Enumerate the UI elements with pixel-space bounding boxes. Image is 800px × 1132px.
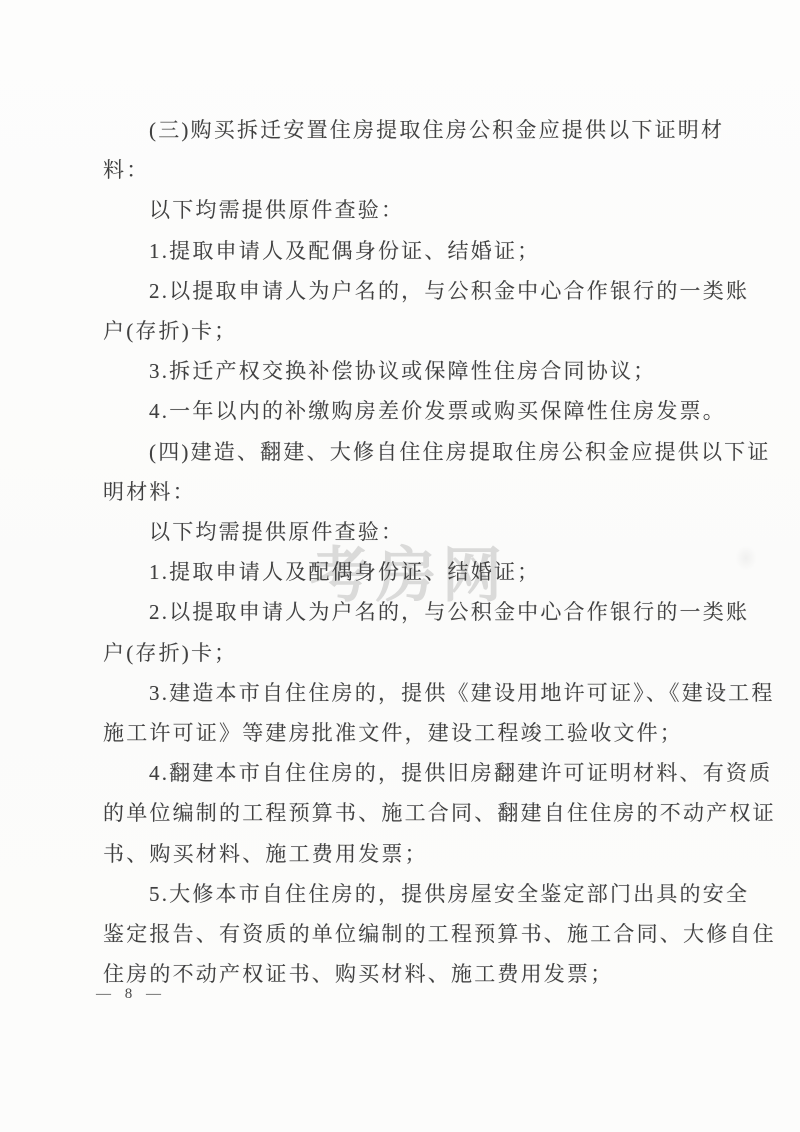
document-page: 考房网 (三)购买拆迁安置住房提取住房公积金应提供以下证明材料：以下均需提供原件…	[0, 0, 800, 1132]
document-body: (三)购买拆迁安置住房提取住房公积金应提供以下证明材料：以下均需提供原件查验：1…	[103, 110, 743, 994]
text-line: 3.建造本市自住住房的，提供《建设用地许可证》、《建设工程	[103, 673, 743, 713]
text-line: 以下均需提供原件查验：	[103, 190, 743, 230]
page-number: — 8 —	[96, 986, 166, 1003]
text-line: 住房的不动产权证书、购买材料、施工费用发票；	[103, 954, 743, 994]
text-line: 4.翻建本市自住住房的，提供旧房翻建许可证明材料、有资质	[103, 753, 743, 793]
text-line: 1.提取申请人及配偶身份证、结婚证；	[103, 552, 743, 592]
text-line: 1.提取申请人及配偶身份证、结婚证；	[103, 231, 743, 271]
text-line: 户(存折)卡；	[103, 311, 743, 351]
text-line: 书、购买材料、施工费用发票；	[103, 834, 743, 874]
text-line: 施工许可证》等建房批准文件，建设工程竣工验收文件；	[103, 713, 743, 753]
text-line: 的单位编制的工程预算书、施工合同、翻建自住住房的不动产权证	[103, 793, 743, 833]
text-line: 3.拆迁产权交换补偿协议或保障性住房合同协议；	[103, 351, 743, 391]
text-line: 户(存折)卡；	[103, 633, 743, 673]
text-line: 鉴定报告、有资质的单位编制的工程预算书、施工合同、大修自住	[103, 914, 743, 954]
text-line: 2.以提取申请人为户名的，与公积金中心合作银行的一类账	[103, 271, 743, 311]
text-line: 明材料：	[103, 472, 743, 512]
text-line: 4.一年以内的补缴购房差价发票或购买保障性住房发票。	[103, 391, 743, 431]
text-line: 以下均需提供原件查验：	[103, 512, 743, 552]
text-line: (四)建造、翻建、大修自住住房提取住房公积金应提供以下证	[103, 432, 743, 472]
text-line: 料：	[103, 150, 743, 190]
text-line: (三)购买拆迁安置住房提取住房公积金应提供以下证明材	[103, 110, 743, 150]
text-line: 5.大修本市自住住房的，提供房屋安全鉴定部门出具的安全	[103, 874, 743, 914]
text-line: 2.以提取申请人为户名的，与公积金中心合作银行的一类账	[103, 592, 743, 632]
